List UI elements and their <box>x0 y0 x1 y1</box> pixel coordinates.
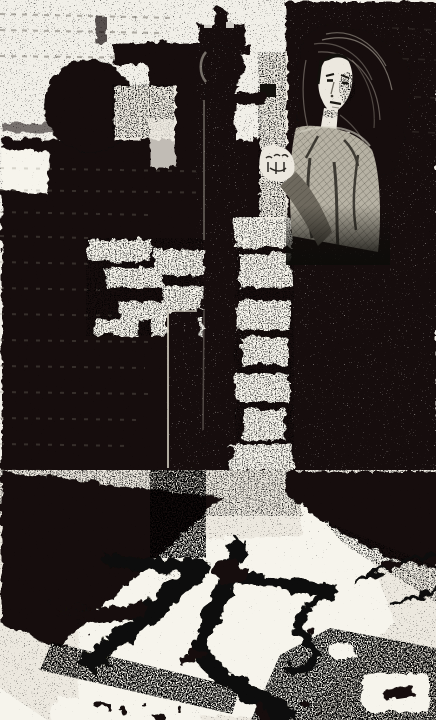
illustration-frame: Girl peering around a corner above a pai… <box>0 0 436 720</box>
illustration: Girl peering around a corner above a pai… <box>0 0 436 720</box>
grain-overlay <box>0 0 436 720</box>
